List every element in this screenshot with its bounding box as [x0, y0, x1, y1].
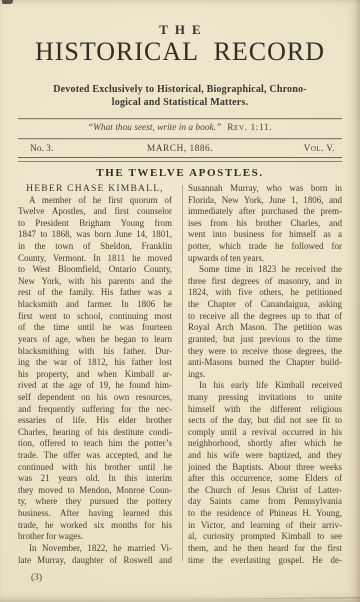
article-title: THE TWELVE APOSTLES. [0, 167, 360, 179]
text-line: his property, and when Kimball ar- [18, 369, 172, 381]
text-line: the Chapter of Canandaigua, asking [188, 299, 342, 311]
scanned-page: THE HISTORICAL RECORD Devoted Exclusivel… [0, 0, 360, 602]
text-line: and his wife were baptized, and they [188, 450, 342, 462]
text-line: joined the Baptists. About three weeks [188, 462, 342, 474]
text-line: they were to receive those degrees, the [188, 346, 342, 358]
text-line: brother for wages. [18, 531, 172, 543]
text-line: Florida, New York, June 1, 1806, and [188, 195, 342, 207]
text-line: continued with his brother until he [18, 462, 172, 474]
text-line: day Saints came from Pennsylvania [188, 496, 342, 508]
text-line: of the time until he was fourteen [18, 322, 172, 334]
text-line: to the residence of Phineas H. Young, [188, 508, 342, 520]
horizontal-rule-middle [18, 138, 342, 139]
text-line: sects of the day, but did not see fit to [188, 415, 342, 427]
left-column: HEBER CHASE KIMBALL, A member of he firs… [18, 183, 172, 566]
article-body: HEBER CHASE KIMBALL, A member of he firs… [18, 183, 342, 566]
text-line: ing the war of 1812, his father lost [18, 357, 172, 369]
motto-scripture-ref: Rev. 1:11. [221, 123, 272, 133]
text-line: County, Vermont. In 1811 he moved [18, 253, 172, 265]
text-line: late Murray, daughter of Roswell and [18, 555, 172, 567]
issue-volume: Vol. V. [304, 144, 335, 154]
text-line: to receive all the degrees up to that of [188, 311, 342, 323]
text-line: self dependent on his own resources, [18, 392, 172, 404]
scan-artifact-mark [2, 0, 13, 4]
issue-number: No. 3. [30, 144, 53, 154]
text-line: business. After having learned this [18, 508, 172, 520]
text-line: comply until a revival occurred in his [188, 427, 342, 439]
masthead-title: HISTORICAL RECORD [0, 37, 360, 67]
right-column-text: Susannah Murray, who was born inFlorida,… [188, 183, 342, 566]
text-line: Susannah Murray, who was born in [188, 183, 342, 195]
text-line: ty, where they pursued the pottery [18, 496, 172, 508]
text-line: In his early life Kimball received [188, 380, 342, 392]
text-line: In November, 1822, he married Vi- [18, 543, 172, 555]
text-line: they moved to Mendon, Monroe Coun- [18, 485, 172, 497]
text-line: after this occurrence, some Elders of [188, 473, 342, 485]
text-line: 1824, with five others, he petitioned [188, 287, 342, 299]
text-line: ises from his brother Charles, and [188, 218, 342, 230]
scan-edge-artifact [188, 597, 360, 600]
text-line: trade, he worked six months for his [18, 520, 172, 532]
text-line: to President Brigham Young from [18, 218, 172, 230]
text-line: the Church of Jesus Christ of Latter- [188, 485, 342, 497]
text-line: many pressing invitations to unite [188, 392, 342, 404]
horizontal-rule-top [18, 118, 342, 119]
text-line: upwards of ten years. [188, 253, 342, 265]
text-line: Some time in 1823 he received the [188, 264, 342, 276]
text-line: rest of the family. His father was a [18, 287, 172, 299]
text-line: blacksmith and farmer. In 1806 he [18, 299, 172, 311]
issue-date: MARCH, 1886. [147, 144, 213, 154]
text-line: to West Bloomfield, Ontario County, [18, 264, 172, 276]
text-line: in Victor, and learning of their arriv- [188, 520, 342, 532]
text-line: al, curiosity prompted Kimball to see [188, 531, 342, 543]
text-line: neighborhood, shortly after which he [188, 438, 342, 450]
text-line: first went to school, continuing most [18, 311, 172, 323]
text-line: potter, which trade he followed for [188, 241, 342, 253]
text-line: himself with the different religious [188, 404, 342, 416]
text-line: three first degrees of masonry, and in [188, 276, 342, 288]
text-line: New York, with his parents and the [18, 276, 172, 288]
subtitle-line-1: Devoted Exclusively to Historical, Biogr… [0, 83, 360, 96]
text-line: and frequently suffering for the nec- [18, 404, 172, 416]
text-line: time the everlasting gospel. He de- [188, 555, 342, 567]
motto-quote: “What thou seest, write in a book.” [88, 123, 221, 133]
text-line: went into business for himself as a [188, 229, 342, 241]
masthead-motto: “What thou seest, write in a book.”Rev. … [0, 123, 360, 133]
subtitle-line-2: logical and Statistical Matters. [0, 96, 360, 109]
text-line: ings. [188, 369, 342, 381]
text-line: was 21 years old. In this interim [18, 473, 172, 485]
text-line: immediately after purchased the prem- [188, 206, 342, 218]
text-line: tion, offered to teach him the potter’s [18, 438, 172, 450]
text-line: Charles, hearing of his destitute condi- [18, 427, 172, 439]
text-line: trade. The offer was accepted, and he [18, 450, 172, 462]
text-line: 1847 to 1868, was born June 14, 1801, [18, 229, 172, 241]
text-line: A member of he first quorum of [18, 195, 172, 207]
text-line: rived at the age of 19, he found him- [18, 380, 172, 392]
text-line: years of age, when he began to learn [18, 334, 172, 346]
left-column-text: A member of he first quorum ofTwelve Apo… [18, 195, 172, 567]
text-line: anti-Masons burned the Chapter build- [188, 357, 342, 369]
text-line: Royal Arch Mason. The petition was [188, 322, 342, 334]
text-line: blacksmithing with his father. Dur- [18, 346, 172, 358]
page-number: (3) [31, 573, 42, 583]
issue-info-row: No. 3. MARCH, 1886. Vol. V. [18, 144, 342, 156]
right-column: Susannah Murray, who was born inFlorida,… [188, 183, 342, 566]
text-line: Twelve Apostles, and first counselor [18, 206, 172, 218]
masthead-pretitle: THE [0, 22, 360, 38]
text-line: essaries of life. His elder brother [18, 415, 172, 427]
text-line: granted, but just previous to the time [188, 334, 342, 346]
subject-heading: HEBER CHASE KIMBALL, [18, 183, 172, 195]
text-line: them, and he then heard for the first [188, 543, 342, 555]
masthead-subtitle: Devoted Exclusively to Historical, Biogr… [0, 83, 360, 109]
text-line: in the town of Sheldon, Franklin [18, 241, 172, 253]
double-rule [18, 157, 342, 162]
